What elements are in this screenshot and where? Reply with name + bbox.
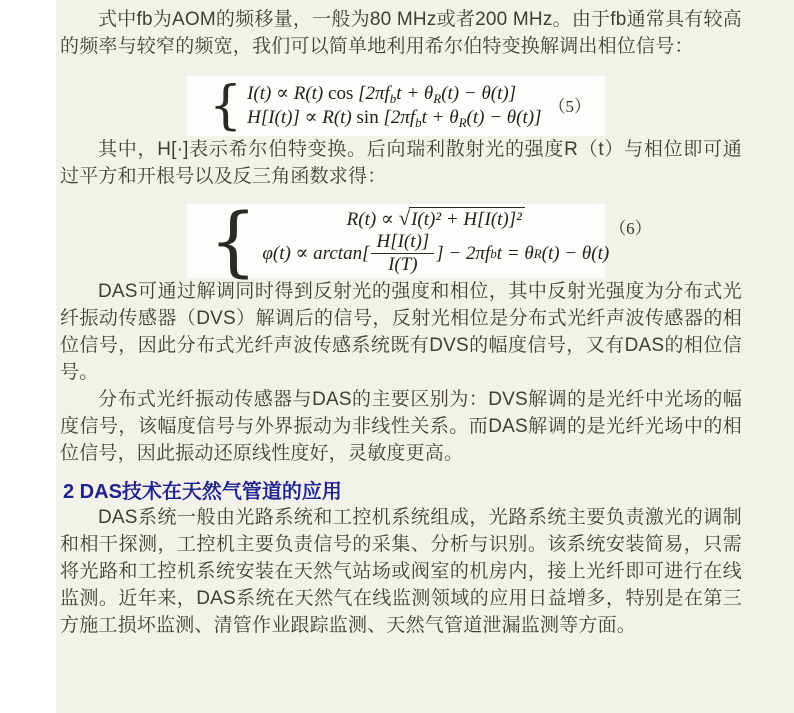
fraction: H[I(t)]I(T) — [371, 232, 434, 275]
math-text: ] − 2πf — [436, 243, 490, 265]
equation-5-lines: I(t) ∝ R(t) cos [2πfbt + θR(t) − θ(t)] H… — [247, 82, 541, 130]
left-brace: { — [209, 84, 242, 128]
document-page: 式中fb为AOM的频移量，一般为80 MHz或者200 MHz。由于fb通常具有… — [0, 0, 794, 713]
left-brace: { — [209, 209, 257, 274]
equation-5-line-1: I(t) ∝ R(t) cos [2πfbt + θR(t) − θ(t)] — [247, 82, 541, 106]
math-subscript: R — [459, 115, 467, 130]
equation-6-lines: R(t) ∝ √I(t)² + H[I(t)]² φ(t) ∝ arctan[H… — [262, 207, 609, 275]
equation-number: （5） — [549, 92, 592, 117]
math-text: t + θ — [422, 107, 459, 128]
math-text: φ(t) ∝ arctan[ — [262, 243, 369, 265]
article-content: 式中fb为AOM的频移量，一般为80 MHz或者200 MHz。由于fb通常具有… — [56, 0, 794, 713]
paragraph-das-demodulation: DAS可通过解调同时得到反射光的强度和相位，其中反射光强度为分布式光纤振动传感器… — [60, 278, 742, 386]
paragraph-dvs-vs-das: 分布式光纤振动传感器与DAS的主要区别为：DVS解调的是光纤中光场的幅度信号，该… — [60, 386, 742, 467]
equation-6: { R(t) ∝ √I(t)² + H[I(t)]² φ(t) ∝ arctan… — [187, 204, 605, 278]
paragraph-das-system: DAS系统一般由光路系统和工控机系统组成，光路系统主要负责激光的调制和相干探测，… — [60, 504, 742, 639]
equation-5-line-2: H[I(t)] ∝ R(t) sin [2πfbt + θR(t) − θ(t)… — [247, 106, 541, 130]
math-text: (t) − θ(t)] — [441, 83, 516, 104]
math-text: R(t) ∝ — [347, 209, 399, 230]
math-text: (t) − θ(t) — [542, 243, 610, 265]
math-text: (t) − θ(t)] — [467, 107, 542, 128]
paragraph-hilbert: 其中，H[·]表示希尔伯特变换。后向瑞利散射光的强度R（t）与相位即可通过平方和… — [60, 136, 742, 190]
square-root: √I(t)² + H[I(t)]² — [399, 207, 525, 232]
math-text: t = θ — [497, 243, 534, 265]
math-text: [2πf — [358, 83, 390, 104]
equation-6-line-2: φ(t) ∝ arctan[H[I(t)]I(T)] − 2πfbt = θR(… — [262, 232, 609, 275]
equation-6-line-1: R(t) ∝ √I(t)² + H[I(t)]² — [347, 207, 525, 232]
math-text: [2πf — [383, 107, 415, 128]
equation-number: （6） — [609, 214, 652, 239]
math-text: t + θ — [396, 83, 433, 104]
fraction-numerator: H[I(t)] — [371, 232, 434, 254]
math-text: H[I(t)] ∝ R(t) — [247, 107, 356, 128]
math-function: cos — [328, 83, 358, 104]
math-subscript: R — [433, 91, 441, 106]
fraction-denominator: I(T) — [371, 254, 434, 275]
paragraph-fb-aom: 式中fb为AOM的频移量，一般为80 MHz或者200 MHz。由于fb通常具有… — [60, 6, 742, 60]
radicand: I(t)² + H[I(t)]² — [409, 207, 525, 232]
section-heading: 2 DAS技术在天然气管道的应用 — [60, 480, 742, 504]
math-text: I(t) ∝ R(t) — [247, 83, 328, 104]
math-function: sin — [357, 107, 384, 128]
equation-5: { I(t) ∝ R(t) cos [2πfbt + θR(t) − θ(t)]… — [187, 76, 605, 136]
